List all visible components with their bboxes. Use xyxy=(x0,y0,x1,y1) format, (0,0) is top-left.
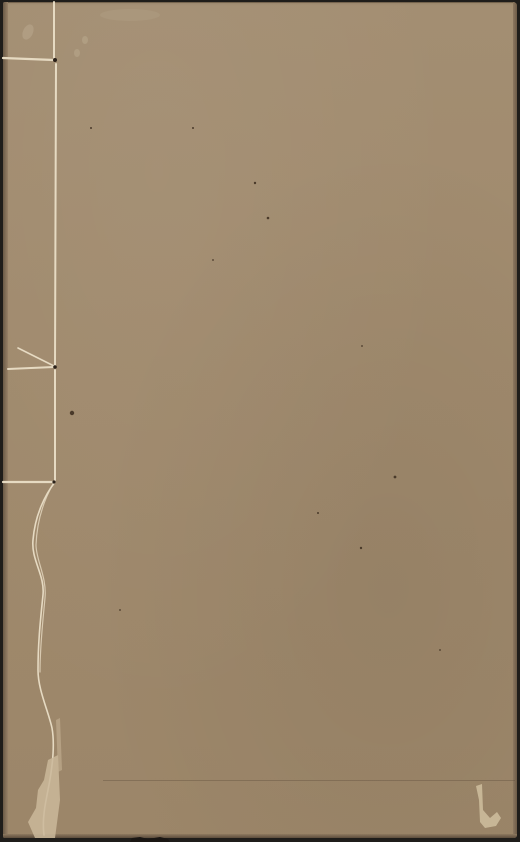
binding-thread-overlay xyxy=(0,0,520,842)
worn-patch-bottom-left xyxy=(28,718,62,838)
worn-patch-bottom-right xyxy=(476,784,501,828)
paper-specks xyxy=(70,127,441,651)
binding-thread xyxy=(3,2,56,835)
edge-chip xyxy=(130,837,170,842)
stain-marks xyxy=(20,9,160,57)
photo-scene xyxy=(0,0,520,842)
